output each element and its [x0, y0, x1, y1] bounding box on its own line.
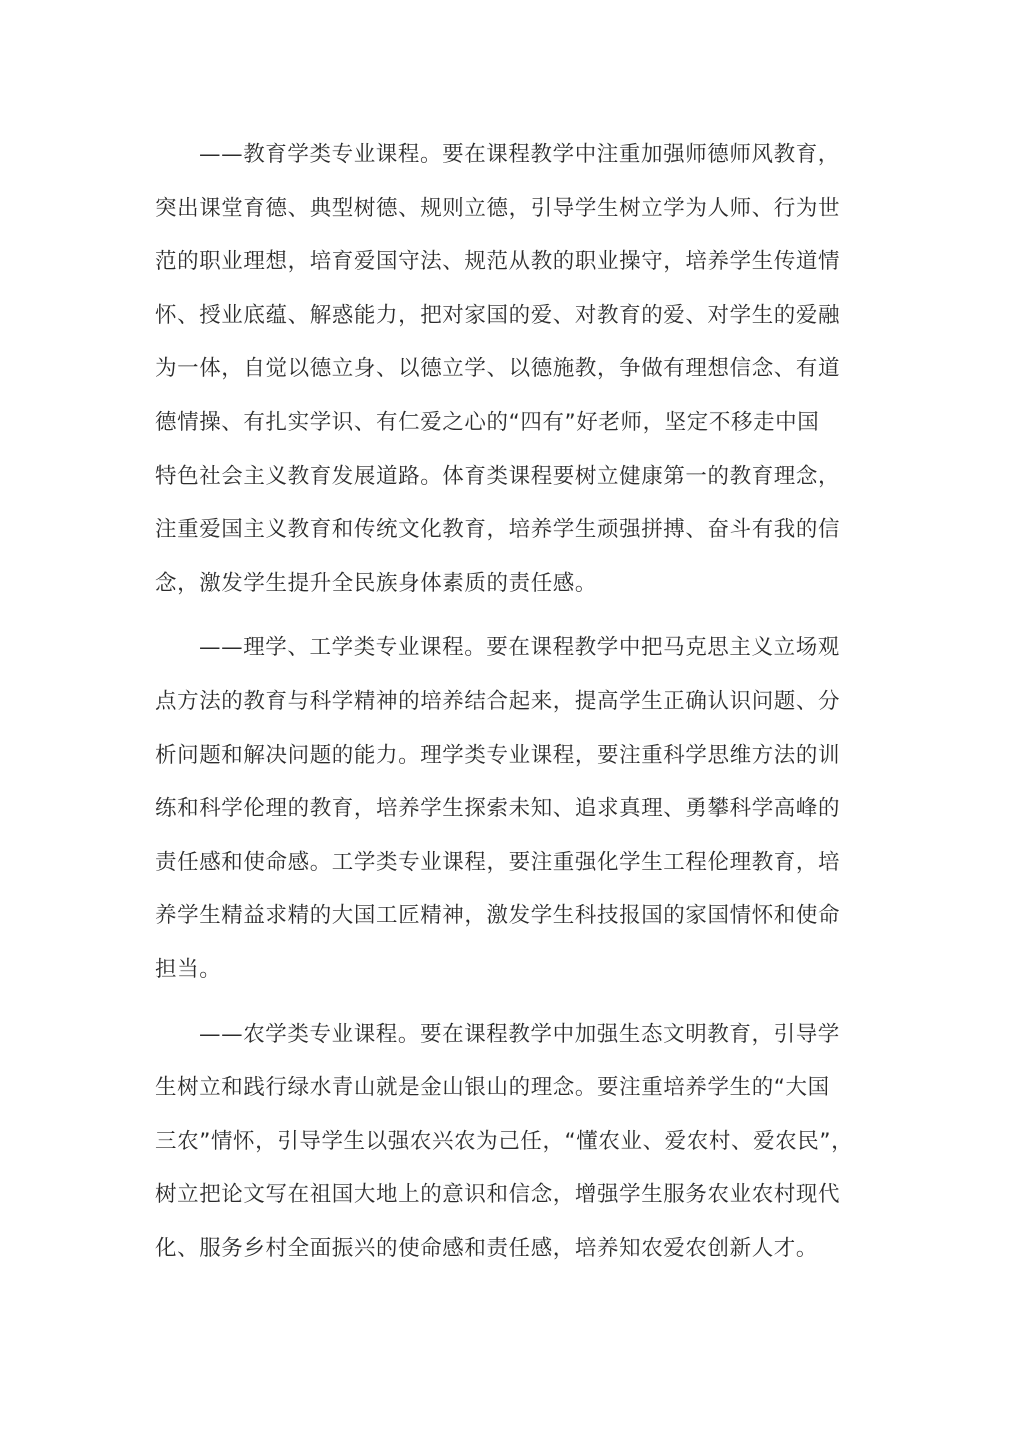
text-line: 德情操、有扎实学识、有仁爱之心的“四有”好老师，坚定不移走中国	[155, 396, 871, 450]
text-line: 析问题和解决问题的能力。理学类专业课程，要注重科学思维方法的训	[155, 729, 871, 783]
text-line: 注重爱国主义教育和传统文化教育，培养学生顽强拼搏、奋斗有我的信	[155, 503, 871, 557]
text-line: 念，激发学生提升全民族身体素质的责任感。	[155, 557, 871, 611]
text-line: ——教育学类专业课程。要在课程教学中注重加强师德师风教育，	[155, 128, 871, 182]
text-line: 点方法的教育与科学精神的培养结合起来，提高学生正确认识问题、分	[155, 675, 871, 729]
text-line: ——农学类专业课程。要在课程教学中加强生态文明教育，引导学	[155, 1008, 871, 1062]
paragraph-agriculture-courses: ——农学类专业课程。要在课程教学中加强生态文明教育，引导学 生树立和践行绿水青山…	[155, 1008, 871, 1276]
paragraph-education-courses: ——教育学类专业课程。要在课程教学中注重加强师德师风教育， 突出课堂育德、典型树…	[155, 128, 871, 610]
text-line: 练和科学伦理的教育，培养学生探索未知、追求真理、勇攀科学高峰的	[155, 782, 871, 836]
text-line: 为一体，自觉以德立身、以德立学、以德施教，争做有理想信念、有道	[155, 342, 871, 396]
text-line: 范的职业理想，培育爱国守法、规范从教的职业操守，培养学生传道情	[155, 235, 871, 289]
text-line: 担当。	[155, 943, 871, 997]
text-line: 养学生精益求精的大国工匠精神，激发学生科技报国的家国情怀和使命	[155, 889, 871, 943]
text-line: 三农”情怀，引导学生以强农兴农为己任，“懂农业、爱农村、爱农民”，	[155, 1115, 871, 1169]
text-line: 特色社会主义教育发展道路。体育类课程要树立健康第一的教育理念，	[155, 450, 871, 504]
paragraph-science-engineering-courses: ——理学、工学类专业课程。要在课程教学中把马克思主义立场观 点方法的教育与科学精…	[155, 621, 871, 996]
text-line: 怀、授业底蕴、解惑能力，把对家国的爱、对教育的爱、对学生的爱融	[155, 289, 871, 343]
text-line: 生树立和践行绿水青山就是金山银山的理念。要注重培养学生的“大国	[155, 1061, 871, 1115]
document-page: ——教育学类专业课程。要在课程教学中注重加强师德师风教育， 突出课堂育德、典型树…	[155, 128, 871, 1286]
text-line: 树立把论文写在祖国大地上的意识和信念，增强学生服务农业农村现代	[155, 1168, 871, 1222]
text-line: ——理学、工学类专业课程。要在课程教学中把马克思主义立场观	[155, 621, 871, 675]
text-line: 责任感和使命感。工学类专业课程，要注重强化学生工程伦理教育，培	[155, 836, 871, 890]
text-line: 化、服务乡村全面振兴的使命感和责任感，培养知农爱农创新人才。	[155, 1222, 871, 1276]
text-line: 突出课堂育德、典型树德、规则立德，引导学生树立学为人师、行为世	[155, 182, 871, 236]
